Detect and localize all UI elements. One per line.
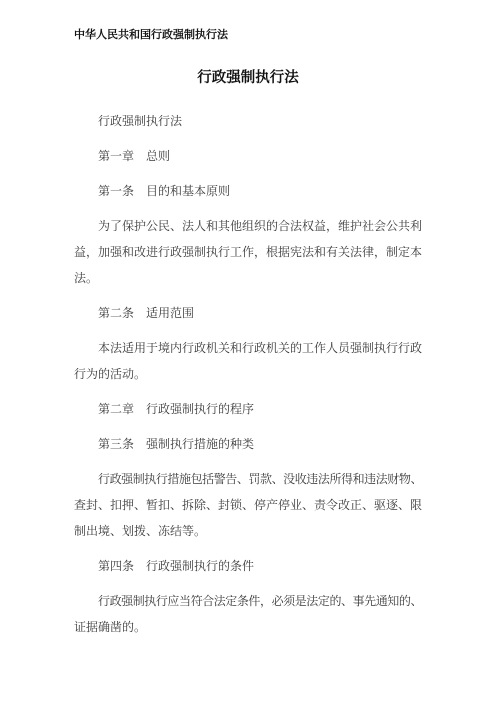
document-page: 中华人民共和国行政强制执行法 行政强制执行法 行政强制执行法 第一章 总则 第一… — [0, 0, 496, 702]
paragraph-line: 法。 — [74, 265, 422, 291]
paragraph-line: 行为的活动。 — [74, 361, 422, 387]
chapter-heading-line: 第一章 总则 — [74, 143, 422, 169]
paragraph-line: 行政强制执行应当符合法定条件，必须是法定的、事先通知的、 — [74, 588, 422, 614]
article-heading-line: 第一条 目的和基本原则 — [74, 178, 422, 204]
article-heading-line: 第四条 行政强制执行的条件 — [74, 553, 422, 579]
paragraph-line: 查封、扣押、暂扣、拆除、封锁、停产停业、责令改正、驱逐、限 — [74, 492, 422, 518]
paragraph-line: 为了保护公民、法人和其他组织的合法权益，维护社会公共利 — [74, 213, 422, 239]
document-body: 行政强制执行法 第一章 总则 第一条 目的和基本原则 为了保护公民、法人和其他组… — [74, 108, 422, 640]
article-heading-line: 第三条 强制执行措施的种类 — [74, 431, 422, 457]
paragraph-line: 证据确凿的。 — [74, 614, 422, 640]
doc-subtitle-line: 行政强制执行法 — [74, 108, 422, 134]
document-title: 行政强制执行法 — [0, 69, 496, 87]
paragraph-line: 制出境、划拨、冻结等。 — [74, 518, 422, 544]
paragraph-line: 本法适用于境内行政机关和行政机关的工作人员强制执行行政 — [74, 335, 422, 361]
document-header: 中华人民共和国行政强制执行法 — [74, 28, 422, 42]
paragraph-line: 益，加强和改进行政强制执行工作，根据宪法和有关法律，制定本 — [74, 239, 422, 265]
paragraph-line: 行政强制执行措施包括警告、罚款、没收违法所得和违法财物、 — [74, 466, 422, 492]
chapter-heading-line: 第二章 行政强制执行的程序 — [74, 396, 422, 422]
article-heading-line: 第二条 适用范围 — [74, 300, 422, 326]
